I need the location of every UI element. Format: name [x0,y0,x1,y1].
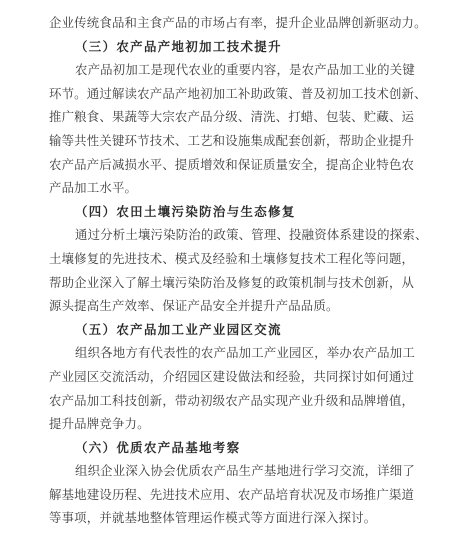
paragraph-line: 农产品产后减损水平、提质增效和保证质量安全，提高企业特色农 [49,153,406,177]
paragraph-line: 解基地建设历程、先进技术应用、农产品培育状况及市场推广渠道 [49,483,406,507]
paragraph-line: 组织企业深入协会优质农产品生产基地进行学习交流，详细了 [49,459,406,483]
section-heading-6: （六）优质农产品基地考察 [49,436,406,460]
document-page: 企业传统食品和主食产品的市场占有率，提升企业品牌创新驱动力。 （三）农产品产地初… [49,11,406,530]
paragraph-line: 土壤修复的先进技术、模式及经验和土壤修复技术工程化等问题， [49,247,406,271]
paragraph-line: 环节。通过解读农产品产地初加工补助政策、普及初加工技术创新、 [49,82,406,106]
section-paragraph-6: 组织企业深入协会优质农产品生产基地进行学习交流，详细了 解基地建设历程、先进技术… [49,459,406,530]
section-heading-3: （三）农产品产地初加工技术提升 [49,35,406,59]
paragraph-line: 组织各地方有代表性的农产品加工产业园区，举办农产品加工 [49,341,406,365]
section-paragraph-4: 通过分析土壤污染防治的政策、管理、投融资体系建设的探索、 土壤修复的先进技术、模… [49,223,406,317]
paragraph-line: 企业传统食品和主食产品的市场占有率，提升企业品牌创新驱动力。 [49,11,406,35]
paragraph-line: 农产品初加工是现代农业的重要内容，是农产品加工业的关键 [49,58,406,82]
paragraph-line: 提升品牌竞争力。 [49,412,406,436]
section-heading-4: （四）农田土壤污染防治与生态修复 [49,200,406,224]
paragraph-line: 产业园区交流活动，介绍园区建设做法和经验，共同探讨如何通过 [49,365,406,389]
section-paragraph-5: 组织各地方有代表性的农产品加工产业园区，举办农产品加工 产业园区交流活动，介绍园… [49,341,406,435]
paragraph-line: 源头提高生产效率、保证产品安全并提升产品品质。 [49,294,406,318]
paragraph-line: 农产品加工科技创新，带动初级农产品实现产业升级和品牌增值， [49,389,406,413]
paragraph-line: 产品加工水平。 [49,176,406,200]
paragraph-line: 通过分析土壤污染防治的政策、管理、投融资体系建设的探索、 [49,223,406,247]
paragraph-line: 输等共性关键环节技术、工艺和设施集成配套创新，帮助企业提升 [49,129,406,153]
section-paragraph-3: 农产品初加工是现代农业的重要内容，是农产品加工业的关键 环节。通过解读农产品产地… [49,58,406,200]
paragraph-line: 等事项，并就基地整体管理运作模式等方面进行深入探讨。 [49,506,406,530]
paragraph-line: 推广粮食、果蔬等大宗农产品分级、清洗、打蜡、包装、贮藏、运 [49,105,406,129]
intro-paragraph-tail: 企业传统食品和主食产品的市场占有率，提升企业品牌创新驱动力。 [49,11,406,35]
section-heading-5: （五）农产品加工业产业园区交流 [49,318,406,342]
paragraph-line: 帮助企业深入了解土壤污染防治及修复的政策机制与技术创新，从 [49,271,406,295]
